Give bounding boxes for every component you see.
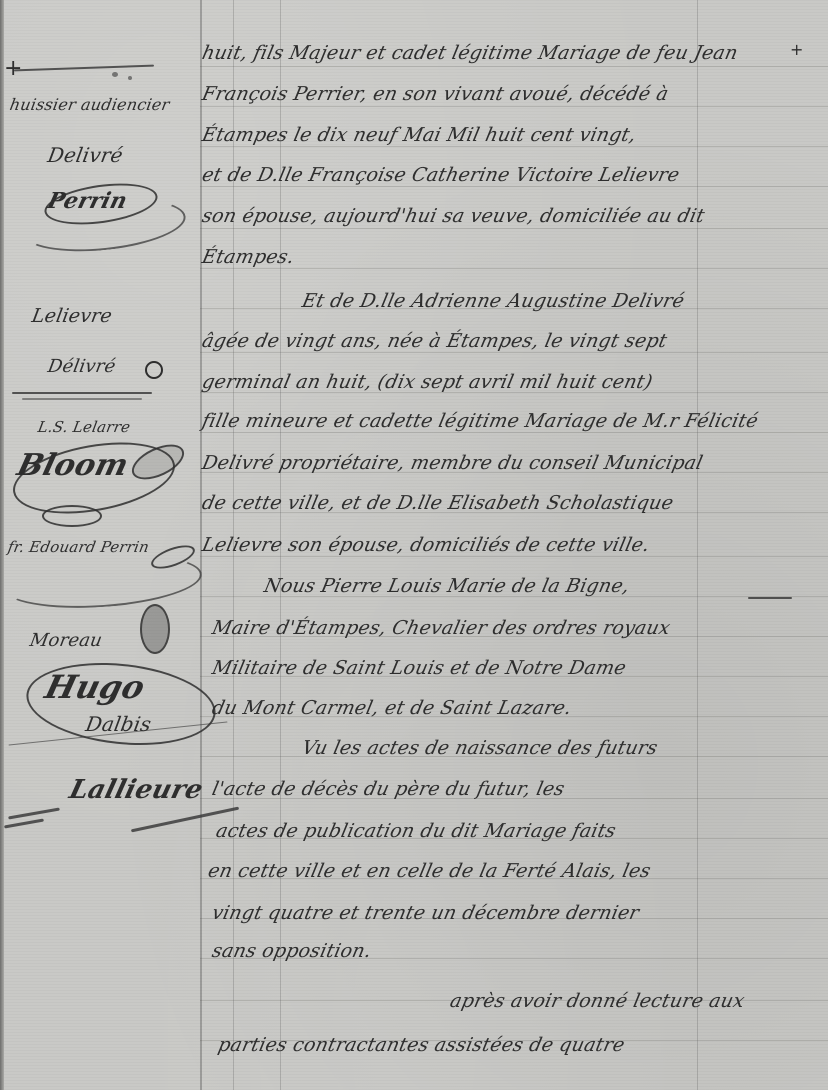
text-line: âgée de vingt ans, née à Étampes, le vin… xyxy=(200,330,669,352)
paraphe-flourish xyxy=(20,192,188,259)
text-line: huit, fils Majeur et cadet légitime Mari… xyxy=(200,42,740,64)
text-line: et de D.lle Françoise Catherine Victoire… xyxy=(200,164,682,186)
signature-hugo-loop xyxy=(22,654,219,753)
text-line: parties contractantes assistées de quatr… xyxy=(216,1034,627,1056)
signature-flourish xyxy=(0,548,203,614)
text-line: Maire d'Étampes, Chevalier des ordres ro… xyxy=(210,617,672,639)
ink-blot xyxy=(128,76,132,80)
text-line: Étampes. xyxy=(200,246,296,268)
underline-stroke xyxy=(22,398,142,400)
text-line: après avoir donné lecture aux xyxy=(448,990,747,1012)
text-line: fille mineure et cadette légitime Mariag… xyxy=(200,410,760,432)
text-line: l'acte de décès du père du futur, les xyxy=(210,778,567,800)
paraphe-blot xyxy=(140,604,170,654)
register-page: + huissier audiencier Delivré Perrin Lel… xyxy=(0,0,828,1090)
text-line: Et de D.lle Adrienne Augustine Delivré xyxy=(300,290,686,312)
underline-stroke xyxy=(12,392,152,394)
signature-lelievre: Lelievre xyxy=(30,305,114,327)
text-line: François Perrier, en son vivant avoué, d… xyxy=(200,83,670,105)
signature-lallieure: Lallieure xyxy=(66,775,206,805)
seal-mark-icon xyxy=(145,361,163,379)
ruled-line xyxy=(200,352,828,353)
guide-line-vertical xyxy=(697,0,698,1090)
signature-huissier: huissier audiencier xyxy=(8,95,171,114)
signature-bloom-underloop xyxy=(42,505,102,527)
ruled-line xyxy=(200,432,828,433)
cross-mark-icon: + xyxy=(790,40,803,59)
text-line: son épouse, aujourd'hui sa veuve, domici… xyxy=(200,205,707,227)
text-line: germinal an huit, (dix sept avril mil hu… xyxy=(200,371,655,393)
text-line: Lelievre son épouse, domiciliés de cette… xyxy=(200,534,652,556)
text-line: de cette ville, et de D.lle Elisabeth Sc… xyxy=(200,492,676,514)
text-line: en cette ville et en celle de la Ferté A… xyxy=(206,860,653,882)
dash-stroke xyxy=(748,597,792,599)
dash-stroke xyxy=(8,808,60,820)
ruled-line xyxy=(200,186,828,187)
text-line: Étampes le dix neuf Mai Mil huit cent vi… xyxy=(200,124,638,146)
signature-delivre-2: Délivré xyxy=(46,356,117,377)
page-edge xyxy=(0,0,4,1090)
text-line: du Mont Carmel, et de Saint Lazare. xyxy=(210,697,574,719)
ruled-line xyxy=(200,146,828,147)
ruled-line xyxy=(200,556,828,557)
ruled-line xyxy=(200,106,828,107)
signature-delivre: Delivré xyxy=(46,143,125,167)
text-line: vingt quatre et trente un décembre derni… xyxy=(210,902,641,924)
signature-moreau: Moreau xyxy=(28,630,104,651)
text-line: Delivré propriétaire, membre du conseil … xyxy=(200,452,705,474)
text-line: actes de publication du dit Mariage fait… xyxy=(214,820,618,842)
text-line: Nous Pierre Louis Marie de la Bigne, xyxy=(262,575,632,597)
ruled-line xyxy=(200,66,828,67)
text-line: sans opposition. xyxy=(210,940,373,962)
strike-stroke xyxy=(14,65,154,72)
ruled-line xyxy=(200,228,828,229)
text-line: Vu les actes de naissance des futurs xyxy=(300,737,660,759)
dash-stroke xyxy=(4,819,44,829)
signature-lelarre: L.S. Lelarre xyxy=(36,418,131,436)
ink-blot xyxy=(112,72,118,77)
ruled-line xyxy=(200,268,828,269)
text-line: Militaire de Saint Louis et de Notre Dam… xyxy=(210,657,628,679)
